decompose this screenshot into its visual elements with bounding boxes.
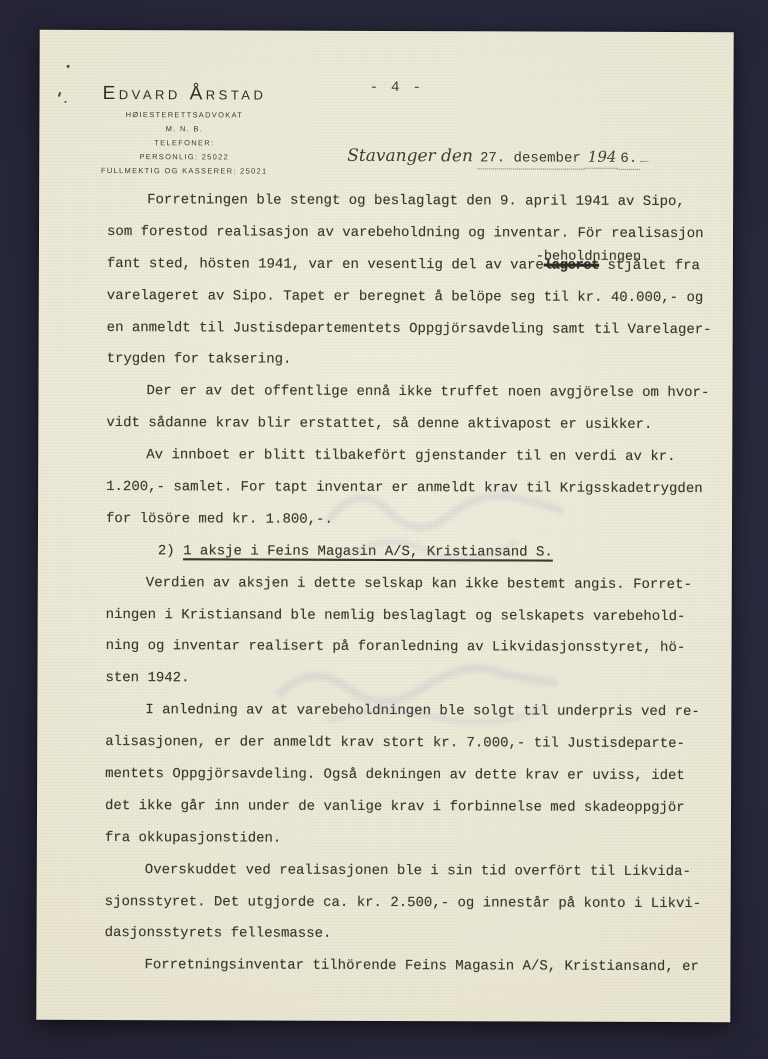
body-text: trygden for taksering. bbox=[107, 351, 292, 368]
body-line: det ikke går inn under de vanlige krav i… bbox=[105, 791, 730, 825]
body-text: Der er av det offentlige ennå ikke truff… bbox=[146, 384, 709, 402]
body-line: Verdien av aksjen i dette selskap kan ik… bbox=[106, 568, 731, 602]
body-text: mentets Oppgjörsavdeling. Også dekningen… bbox=[105, 766, 685, 784]
body-text: 1.200,- samlet. For tapt inventar er anm… bbox=[106, 479, 703, 497]
ink-speck bbox=[64, 101, 66, 103]
body-line: ningen i Kristiansand ble nemlig beslagl… bbox=[106, 600, 731, 634]
document-page: Edvard Årstad HØIESTERETTSADVOKAT M. N. … bbox=[36, 30, 733, 1022]
body-line: Av innboet er blitt tilbakefört gjenstan… bbox=[106, 440, 731, 474]
body-line: ning og inventar realisert på foranledni… bbox=[106, 631, 731, 665]
body-text: ning og inventar realisert på foranledni… bbox=[106, 638, 686, 656]
body-text: dasjonsstyrets fellesmasse. bbox=[105, 926, 332, 943]
body-line: fra okkupasjonstiden. bbox=[105, 823, 730, 857]
body-text: det ikke går inn under de vanlige krav i… bbox=[105, 798, 685, 816]
dateline-typed-year-digit: 6. bbox=[617, 151, 640, 170]
page-number: - 4 - bbox=[370, 80, 424, 96]
body-line: for lösöre med kr. 1.800,-. bbox=[106, 504, 731, 538]
body-line: 1.200,- samlet. For tapt inventar er anm… bbox=[106, 472, 731, 506]
photo-background: Edvard Årstad HØIESTERETTSADVOKAT M. N. … bbox=[0, 0, 768, 1059]
body-line: Overskuddet ved realisasjonen ble i sin … bbox=[105, 855, 730, 889]
body-text: ningen i Kristiansand ble nemlig beslagl… bbox=[106, 607, 686, 625]
body-line: en anmeldt til Justisdepartementets Oppg… bbox=[107, 313, 732, 347]
dateline-printed-year: 194 bbox=[584, 148, 618, 169]
body-heading-line: 2) 1 aksje i Feins Magasin A/S, Kristian… bbox=[106, 536, 731, 570]
body-line: sjonsstyret. Det utgjorde ca. kr. 2.500,… bbox=[105, 887, 730, 921]
body-line: trygden for taksering. bbox=[107, 344, 732, 378]
dateline-dotted-tail bbox=[640, 147, 648, 162]
letterhead: Edvard Årstad HØIESTERETTSADVOKAT M. N. … bbox=[59, 84, 309, 177]
body-line: alisasjonen, er der anmeldt krav stort k… bbox=[105, 727, 730, 761]
dateline-typed-date: 27. desember bbox=[477, 150, 584, 169]
body-text: varelageret av Sipo. Tapet er beregnet å… bbox=[107, 288, 704, 306]
body-text: Forretningsinventar tilhörende Feins Mag… bbox=[144, 958, 699, 976]
body-line: sten 1942. bbox=[105, 663, 730, 697]
body-text: I anledning av at varebeholdningen ble s… bbox=[145, 702, 700, 720]
letterhead-name: Edvard Årstad bbox=[59, 84, 309, 105]
body-text: 2) bbox=[158, 543, 183, 559]
body-text: fant sted, hösten 1941, var en vesentlig… bbox=[107, 256, 544, 274]
body-line: dasjonsstyrets fellesmasse. bbox=[105, 919, 730, 953]
interline-correction: -beholdningen bbox=[536, 241, 641, 273]
letterhead-phone-clerk: FULLMEKTIG OG KASSERER: 25021 bbox=[59, 165, 309, 177]
body-text: sten 1942. bbox=[105, 670, 189, 686]
body-line: vidt sådanne krav blir erstattet, så den… bbox=[106, 408, 731, 442]
body-line: varelageret av Sipo. Tapet er beregnet å… bbox=[107, 281, 732, 315]
body-line: Forretningsinventar tilhörende Feins Mag… bbox=[104, 950, 729, 984]
dateline: Stavanger den27. desember1946. bbox=[347, 146, 648, 167]
body-text: Verdien av aksjen i dette selskap kan ik… bbox=[146, 575, 692, 593]
document-lines: Forretningen ble stengt og beslaglagt de… bbox=[104, 185, 732, 984]
ink-speck bbox=[67, 65, 70, 68]
body-text: Forretningen ble stengt og beslaglagt de… bbox=[147, 192, 685, 210]
body-text: sjonsstyret. Det utgjorde ca. kr. 2.500,… bbox=[105, 894, 702, 912]
letterhead-mnb: M. N. B. bbox=[59, 123, 309, 135]
letterhead-title: HØIESTERETTSADVOKAT bbox=[59, 109, 309, 121]
body-line: Der er av det offentlige ennå ikke truff… bbox=[106, 376, 731, 410]
body-text: vidt sådanne krav blir erstattet, så den… bbox=[106, 415, 652, 433]
body-line: fant sted, hösten 1941, var en vesentlig… bbox=[107, 249, 732, 283]
struck-out-text: lageret-beholdningen bbox=[544, 257, 599, 273]
body-line: Forretningen ble stengt og beslaglagt de… bbox=[107, 185, 732, 219]
body-text: Overskuddet ved realisasjonen ble i sin … bbox=[145, 862, 691, 880]
body-line: I anledning av at varebeholdningen ble s… bbox=[105, 695, 730, 729]
body-text: Av innboet er blitt tilbakefört gjenstan… bbox=[146, 447, 675, 465]
body-text: alisasjonen, er der anmeldt krav stort k… bbox=[105, 734, 685, 752]
body-text: fra okkupasjonstiden. bbox=[105, 830, 281, 847]
underlined-heading-text: 1 aksje i Feins Magasin A/S, Kristiansan… bbox=[183, 543, 553, 560]
body-text: for lösöre med kr. 1.800,-. bbox=[106, 511, 333, 528]
letterhead-phones-label: TELEFONER: bbox=[59, 137, 309, 149]
body-text: som forestod realisasjon av varebeholdni… bbox=[107, 224, 704, 242]
letterhead-phone-personal: PERSONLIG: 25022 bbox=[59, 151, 309, 163]
body-line: mentets Oppgjörsavdeling. Også dekningen… bbox=[105, 759, 730, 793]
dateline-place: Stavanger den bbox=[347, 146, 477, 166]
body-text: en anmeldt til Justisdepartementets Oppg… bbox=[107, 320, 712, 338]
